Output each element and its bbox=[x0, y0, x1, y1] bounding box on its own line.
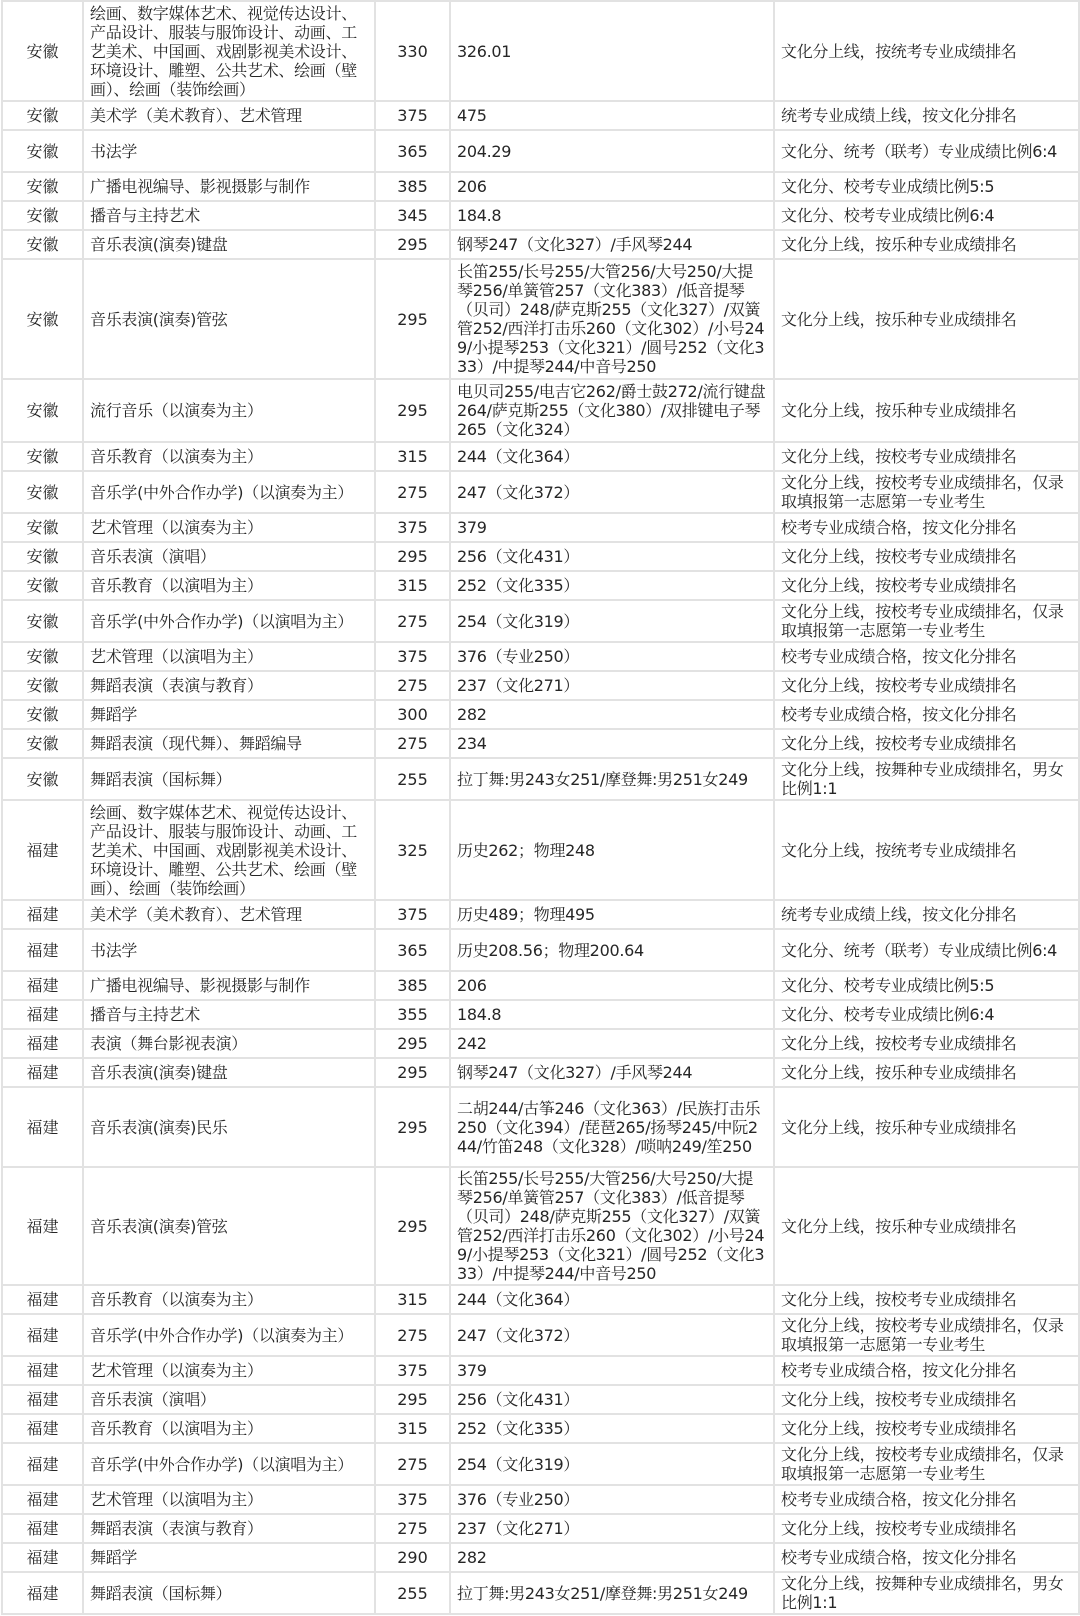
province-cell: 安徽 bbox=[2, 442, 83, 471]
province-cell: 福建 bbox=[2, 929, 83, 971]
province-cell: 福建 bbox=[2, 1572, 83, 1614]
min-score-cell: 长笛255/长号255/大管256/大号250/大提琴256/单簧管257（文化… bbox=[450, 259, 774, 379]
province-cell: 安徽 bbox=[2, 600, 83, 642]
major-cell: 艺术管理（以演唱为主） bbox=[83, 1485, 375, 1514]
admission-rule-cell: 文化分、校考专业成绩比例5:5 bbox=[774, 971, 1079, 1000]
min-score-cell: 237（文化271） bbox=[450, 671, 774, 700]
table-row: 福建音乐学(中外合作办学)（以演唱为主）275254（文化319）文化分上线，按… bbox=[2, 1443, 1079, 1485]
admission-rule-cell: 文化分、统考（联考）专业成绩比例6:4 bbox=[774, 130, 1079, 172]
admission-rule-cell: 文化分上线，按校考专业成绩排名 bbox=[774, 442, 1079, 471]
min-score-cell: 二胡244/古筝246（文化363）/民族打击乐250（文化394）/琵琶265… bbox=[450, 1087, 774, 1167]
major-cell: 音乐表演(演奏)管弦 bbox=[83, 259, 375, 379]
admission-rule-cell: 校考专业成绩合格，按文化分排名 bbox=[774, 642, 1079, 671]
control-line-cell: 275 bbox=[375, 671, 450, 700]
admission-rule-cell: 文化分上线，按校考专业成绩排名 bbox=[774, 1029, 1079, 1058]
province-cell: 安徽 bbox=[2, 471, 83, 513]
admission-rule-cell: 文化分上线，按舞种专业成绩排名，男女比例1:1 bbox=[774, 1572, 1079, 1614]
table-row: 安徽书法学365204.29文化分、统考（联考）专业成绩比例6:4 bbox=[2, 130, 1079, 172]
min-score-cell: 252（文化335） bbox=[450, 571, 774, 600]
major-cell: 音乐表演（演唱） bbox=[83, 1385, 375, 1414]
min-score-cell: 历史489；物理495 bbox=[450, 900, 774, 929]
province-cell: 安徽 bbox=[2, 700, 83, 729]
min-score-cell: 电贝司255/电吉它262/爵士鼓272/流行键盘264/萨克斯255（文化38… bbox=[450, 379, 774, 442]
admission-rule-cell: 文化分上线，按校考专业成绩排名，仅录取填报第一志愿第一专业考生 bbox=[774, 1443, 1079, 1485]
min-score-cell: 234 bbox=[450, 729, 774, 758]
major-cell: 音乐表演(演奏)民乐 bbox=[83, 1087, 375, 1167]
major-cell: 音乐学(中外合作办学)（以演唱为主） bbox=[83, 600, 375, 642]
admission-rule-cell: 统考专业成绩上线，按文化分排名 bbox=[774, 101, 1079, 130]
min-score-cell: 475 bbox=[450, 101, 774, 130]
min-score-cell: 256（文化431） bbox=[450, 542, 774, 571]
min-score-cell: 184.8 bbox=[450, 1000, 774, 1029]
province-cell: 福建 bbox=[2, 1485, 83, 1514]
min-score-cell: 247（文化372） bbox=[450, 471, 774, 513]
admission-rule-cell: 文化分、校考专业成绩比例6:4 bbox=[774, 201, 1079, 230]
table-row: 福建舞蹈学290282校考专业成绩合格，按文化分排名 bbox=[2, 1543, 1079, 1572]
table-row: 安徽音乐学(中外合作办学)（以演奏为主）275247（文化372）文化分上线，按… bbox=[2, 471, 1079, 513]
admission-rule-cell: 文化分上线，按校考专业成绩排名 bbox=[774, 1385, 1079, 1414]
table-row: 福建音乐教育（以演奏为主）315244（文化364）文化分上线，按校考专业成绩排… bbox=[2, 1285, 1079, 1314]
control-line-cell: 315 bbox=[375, 571, 450, 600]
major-cell: 音乐学(中外合作办学)（以演奏为主） bbox=[83, 471, 375, 513]
min-score-cell: 242 bbox=[450, 1029, 774, 1058]
province-cell: 福建 bbox=[2, 1443, 83, 1485]
table-row: 福建书法学365历史208.56；物理200.64文化分、统考（联考）专业成绩比… bbox=[2, 929, 1079, 971]
min-score-cell: 376（专业250） bbox=[450, 1485, 774, 1514]
major-cell: 音乐教育（以演唱为主） bbox=[83, 571, 375, 600]
control-line-cell: 275 bbox=[375, 600, 450, 642]
major-cell: 音乐表演(演奏)键盘 bbox=[83, 230, 375, 259]
province-cell: 安徽 bbox=[2, 513, 83, 542]
major-cell: 绘画、数字媒体艺术、视觉传达设计、产品设计、服装与服饰设计、动画、工艺美术、中国… bbox=[83, 800, 375, 900]
admission-rule-cell: 文化分、校考专业成绩比例6:4 bbox=[774, 1000, 1079, 1029]
control-line-cell: 365 bbox=[375, 929, 450, 971]
min-score-cell: 244（文化364） bbox=[450, 442, 774, 471]
province-cell: 福建 bbox=[2, 1385, 83, 1414]
province-cell: 福建 bbox=[2, 1058, 83, 1087]
min-score-cell: 252（文化335） bbox=[450, 1414, 774, 1443]
province-cell: 安徽 bbox=[2, 201, 83, 230]
min-score-cell: 282 bbox=[450, 1543, 774, 1572]
admission-rule-cell: 文化分上线，按校考专业成绩排名 bbox=[774, 1414, 1079, 1443]
table-row: 安徽艺术管理（以演奏为主）375379校考专业成绩合格，按文化分排名 bbox=[2, 513, 1079, 542]
major-cell: 绘画、数字媒体艺术、视觉传达设计、产品设计、服装与服饰设计、动画、工艺美术、中国… bbox=[83, 1, 375, 101]
table-body: 安徽绘画、数字媒体艺术、视觉传达设计、产品设计、服装与服饰设计、动画、工艺美术、… bbox=[2, 1, 1079, 1614]
control-line-cell: 355 bbox=[375, 1000, 450, 1029]
province-cell: 福建 bbox=[2, 1087, 83, 1167]
major-cell: 播音与主持艺术 bbox=[83, 1000, 375, 1029]
major-cell: 舞蹈表演（表演与教育） bbox=[83, 671, 375, 700]
admission-rule-cell: 文化分上线，按乐种专业成绩排名 bbox=[774, 1167, 1079, 1285]
control-line-cell: 295 bbox=[375, 1058, 450, 1087]
min-score-cell: 钢琴247（文化327）/手风琴244 bbox=[450, 230, 774, 259]
province-cell: 福建 bbox=[2, 1029, 83, 1058]
admission-rule-cell: 统考专业成绩上线，按文化分排名 bbox=[774, 900, 1079, 929]
table-row: 安徽音乐学(中外合作办学)（以演唱为主）275254（文化319）文化分上线，按… bbox=[2, 600, 1079, 642]
control-line-cell: 290 bbox=[375, 1543, 450, 1572]
control-line-cell: 325 bbox=[375, 800, 450, 900]
major-cell: 舞蹈表演（表演与教育） bbox=[83, 1514, 375, 1543]
min-score-cell: 244（文化364） bbox=[450, 1285, 774, 1314]
control-line-cell: 315 bbox=[375, 1285, 450, 1314]
min-score-cell: 184.8 bbox=[450, 201, 774, 230]
major-cell: 舞蹈表演（现代舞）、舞蹈编导 bbox=[83, 729, 375, 758]
admission-rule-cell: 文化分上线，按统考专业成绩排名 bbox=[774, 800, 1079, 900]
admission-rule-cell: 校考专业成绩合格，按文化分排名 bbox=[774, 1543, 1079, 1572]
control-line-cell: 275 bbox=[375, 729, 450, 758]
table-row: 福建音乐表演(演奏)民乐295二胡244/古筝246（文化363）/民族打击乐2… bbox=[2, 1087, 1079, 1167]
admission-rule-cell: 文化分上线，按校考专业成绩排名 bbox=[774, 729, 1079, 758]
table-row: 福建音乐教育（以演唱为主）315252（文化335）文化分上线，按校考专业成绩排… bbox=[2, 1414, 1079, 1443]
province-cell: 安徽 bbox=[2, 571, 83, 600]
admission-rule-cell: 文化分上线，按校考专业成绩排名，仅录取填报第一志愿第一专业考生 bbox=[774, 471, 1079, 513]
major-cell: 音乐教育（以演奏为主） bbox=[83, 1285, 375, 1314]
min-score-cell: 247（文化372） bbox=[450, 1314, 774, 1356]
province-cell: 福建 bbox=[2, 1000, 83, 1029]
control-line-cell: 295 bbox=[375, 259, 450, 379]
table-row: 安徽播音与主持艺术345184.8文化分、校考专业成绩比例6:4 bbox=[2, 201, 1079, 230]
admission-rule-cell: 文化分上线，按校考专业成绩排名 bbox=[774, 1514, 1079, 1543]
control-line-cell: 375 bbox=[375, 101, 450, 130]
province-cell: 安徽 bbox=[2, 172, 83, 201]
min-score-cell: 204.29 bbox=[450, 130, 774, 172]
control-line-cell: 275 bbox=[375, 1314, 450, 1356]
major-cell: 舞蹈表演（国标舞） bbox=[83, 758, 375, 800]
admission-rule-cell: 校考专业成绩合格，按文化分排名 bbox=[774, 700, 1079, 729]
province-cell: 安徽 bbox=[2, 758, 83, 800]
min-score-cell: 237（文化271） bbox=[450, 1514, 774, 1543]
admission-rule-cell: 校考专业成绩合格，按文化分排名 bbox=[774, 1485, 1079, 1514]
province-cell: 福建 bbox=[2, 900, 83, 929]
control-line-cell: 300 bbox=[375, 700, 450, 729]
table-row: 福建音乐表演(演奏)管弦295长笛255/长号255/大管256/大号250/大… bbox=[2, 1167, 1079, 1285]
table-row: 福建播音与主持艺术355184.8文化分、校考专业成绩比例6:4 bbox=[2, 1000, 1079, 1029]
major-cell: 播音与主持艺术 bbox=[83, 201, 375, 230]
table-row: 福建音乐表演(演奏)键盘295钢琴247（文化327）/手风琴244文化分上线，… bbox=[2, 1058, 1079, 1087]
major-cell: 美术学（美术教育）、艺术管理 bbox=[83, 101, 375, 130]
admission-rule-cell: 文化分、校考专业成绩比例5:5 bbox=[774, 172, 1079, 201]
control-line-cell: 375 bbox=[375, 642, 450, 671]
min-score-cell: 326.01 bbox=[450, 1, 774, 101]
control-line-cell: 275 bbox=[375, 1443, 450, 1485]
province-cell: 安徽 bbox=[2, 1, 83, 101]
min-score-cell: 254（文化319） bbox=[450, 600, 774, 642]
major-cell: 广播电视编导、影视摄影与制作 bbox=[83, 172, 375, 201]
province-cell: 安徽 bbox=[2, 642, 83, 671]
control-line-cell: 315 bbox=[375, 1414, 450, 1443]
table-row: 福建美术学（美术教育）、艺术管理375历史489；物理495统考专业成绩上线，按… bbox=[2, 900, 1079, 929]
table-row: 福建艺术管理（以演奏为主）375379校考专业成绩合格，按文化分排名 bbox=[2, 1356, 1079, 1385]
admission-rule-cell: 文化分上线，按乐种专业成绩排名 bbox=[774, 379, 1079, 442]
major-cell: 音乐表演(演奏)键盘 bbox=[83, 1058, 375, 1087]
min-score-cell: 拉丁舞:男243女251/摩登舞:男251女249 bbox=[450, 1572, 774, 1614]
admission-rule-cell: 文化分上线，按校考专业成绩排名 bbox=[774, 542, 1079, 571]
table-row: 安徽艺术管理（以演唱为主）375376（专业250）校考专业成绩合格，按文化分排… bbox=[2, 642, 1079, 671]
min-score-cell: 拉丁舞:男243女251/摩登舞:男251女249 bbox=[450, 758, 774, 800]
control-line-cell: 375 bbox=[375, 513, 450, 542]
min-score-cell: 282 bbox=[450, 700, 774, 729]
table-row: 福建绘画、数字媒体艺术、视觉传达设计、产品设计、服装与服饰设计、动画、工艺美术、… bbox=[2, 800, 1079, 900]
major-cell: 书法学 bbox=[83, 929, 375, 971]
major-cell: 音乐表演（演唱） bbox=[83, 542, 375, 571]
admission-rule-cell: 校考专业成绩合格，按文化分排名 bbox=[774, 513, 1079, 542]
admission-score-table: 安徽绘画、数字媒体艺术、视觉传达设计、产品设计、服装与服饰设计、动画、工艺美术、… bbox=[1, 0, 1080, 1615]
table-row: 福建音乐表演（演唱）295256（文化431）文化分上线，按校考专业成绩排名 bbox=[2, 1385, 1079, 1414]
admission-rule-cell: 文化分上线，按乐种专业成绩排名 bbox=[774, 1087, 1079, 1167]
major-cell: 美术学（美术教育）、艺术管理 bbox=[83, 900, 375, 929]
province-cell: 福建 bbox=[2, 1314, 83, 1356]
control-line-cell: 295 bbox=[375, 542, 450, 571]
major-cell: 表演（舞台影视表演） bbox=[83, 1029, 375, 1058]
min-score-cell: 256（文化431） bbox=[450, 1385, 774, 1414]
province-cell: 福建 bbox=[2, 1543, 83, 1572]
major-cell: 广播电视编导、影视摄影与制作 bbox=[83, 971, 375, 1000]
major-cell: 音乐学(中外合作办学)（以演唱为主） bbox=[83, 1443, 375, 1485]
min-score-cell: 长笛255/长号255/大管256/大号250/大提琴256/单簧管257（文化… bbox=[450, 1167, 774, 1285]
province-cell: 安徽 bbox=[2, 671, 83, 700]
min-score-cell: 379 bbox=[450, 1356, 774, 1385]
province-cell: 安徽 bbox=[2, 259, 83, 379]
control-line-cell: 295 bbox=[375, 1385, 450, 1414]
control-line-cell: 365 bbox=[375, 130, 450, 172]
major-cell: 舞蹈学 bbox=[83, 1543, 375, 1572]
major-cell: 书法学 bbox=[83, 130, 375, 172]
control-line-cell: 295 bbox=[375, 1087, 450, 1167]
major-cell: 舞蹈学 bbox=[83, 700, 375, 729]
major-cell: 艺术管理（以演唱为主） bbox=[83, 642, 375, 671]
admission-rule-cell: 校考专业成绩合格，按文化分排名 bbox=[774, 1356, 1079, 1385]
min-score-cell: 历史208.56；物理200.64 bbox=[450, 929, 774, 971]
table-row: 安徽音乐教育（以演唱为主）315252（文化335）文化分上线，按校考专业成绩排… bbox=[2, 571, 1079, 600]
control-line-cell: 345 bbox=[375, 201, 450, 230]
province-cell: 福建 bbox=[2, 800, 83, 900]
admission-rule-cell: 文化分上线，按校考专业成绩排名 bbox=[774, 671, 1079, 700]
control-line-cell: 375 bbox=[375, 900, 450, 929]
admission-rule-cell: 文化分、统考（联考）专业成绩比例6:4 bbox=[774, 929, 1079, 971]
admission-rule-cell: 文化分上线，按乐种专业成绩排名 bbox=[774, 230, 1079, 259]
table-row: 福建舞蹈表演（表演与教育）275237（文化271）文化分上线，按校考专业成绩排… bbox=[2, 1514, 1079, 1543]
province-cell: 福建 bbox=[2, 1356, 83, 1385]
major-cell: 音乐表演(演奏)管弦 bbox=[83, 1167, 375, 1285]
control-line-cell: 255 bbox=[375, 758, 450, 800]
table-row: 福建广播电视编导、影视摄影与制作385206文化分、校考专业成绩比例5:5 bbox=[2, 971, 1079, 1000]
control-line-cell: 295 bbox=[375, 1029, 450, 1058]
min-score-cell: 206 bbox=[450, 172, 774, 201]
province-cell: 安徽 bbox=[2, 130, 83, 172]
table-row: 安徽广播电视编导、影视摄影与制作385206文化分、校考专业成绩比例5:5 bbox=[2, 172, 1079, 201]
table-row: 安徽音乐教育（以演奏为主）315244（文化364）文化分上线，按校考专业成绩排… bbox=[2, 442, 1079, 471]
control-line-cell: 255 bbox=[375, 1572, 450, 1614]
min-score-cell: 钢琴247（文化327）/手风琴244 bbox=[450, 1058, 774, 1087]
province-cell: 福建 bbox=[2, 1167, 83, 1285]
table-row: 安徽舞蹈表演（现代舞）、舞蹈编导275234文化分上线，按校考专业成绩排名 bbox=[2, 729, 1079, 758]
admission-rule-cell: 文化分上线，按乐种专业成绩排名 bbox=[774, 1058, 1079, 1087]
control-line-cell: 375 bbox=[375, 1485, 450, 1514]
province-cell: 福建 bbox=[2, 971, 83, 1000]
control-line-cell: 385 bbox=[375, 172, 450, 201]
admission-rule-cell: 文化分上线，按校考专业成绩排名，仅录取填报第一志愿第一专业考生 bbox=[774, 1314, 1079, 1356]
admission-rule-cell: 文化分上线，按乐种专业成绩排名 bbox=[774, 259, 1079, 379]
province-cell: 安徽 bbox=[2, 542, 83, 571]
control-line-cell: 315 bbox=[375, 442, 450, 471]
min-score-cell: 376（专业250） bbox=[450, 642, 774, 671]
table-row: 安徽音乐表演(演奏)管弦295长笛255/长号255/大管256/大号250/大… bbox=[2, 259, 1079, 379]
control-line-cell: 330 bbox=[375, 1, 450, 101]
control-line-cell: 295 bbox=[375, 379, 450, 442]
control-line-cell: 375 bbox=[375, 1356, 450, 1385]
table-row: 安徽舞蹈表演（国标舞）255拉丁舞:男243女251/摩登舞:男251女249文… bbox=[2, 758, 1079, 800]
table-row: 安徽舞蹈表演（表演与教育）275237（文化271）文化分上线，按校考专业成绩排… bbox=[2, 671, 1079, 700]
table-row: 安徽绘画、数字媒体艺术、视觉传达设计、产品设计、服装与服饰设计、动画、工艺美术、… bbox=[2, 1, 1079, 101]
major-cell: 流行音乐（以演奏为主） bbox=[83, 379, 375, 442]
admission-rule-cell: 文化分上线，按校考专业成绩排名 bbox=[774, 571, 1079, 600]
major-cell: 音乐教育（以演奏为主） bbox=[83, 442, 375, 471]
admission-rule-cell: 文化分上线，按校考专业成绩排名 bbox=[774, 1285, 1079, 1314]
admission-rule-cell: 文化分上线，按校考专业成绩排名，仅录取填报第一志愿第一专业考生 bbox=[774, 600, 1079, 642]
control-line-cell: 275 bbox=[375, 1514, 450, 1543]
major-cell: 舞蹈表演（国标舞） bbox=[83, 1572, 375, 1614]
control-line-cell: 295 bbox=[375, 230, 450, 259]
min-score-cell: 254（文化319） bbox=[450, 1443, 774, 1485]
min-score-cell: 379 bbox=[450, 513, 774, 542]
control-line-cell: 275 bbox=[375, 471, 450, 513]
table-row: 福建音乐学(中外合作办学)（以演奏为主）275247（文化372）文化分上线，按… bbox=[2, 1314, 1079, 1356]
admission-rule-cell: 文化分上线，按统考专业成绩排名 bbox=[774, 1, 1079, 101]
major-cell: 艺术管理（以演奏为主） bbox=[83, 1356, 375, 1385]
control-line-cell: 295 bbox=[375, 1167, 450, 1285]
admission-rule-cell: 文化分上线，按舞种专业成绩排名，男女比例1:1 bbox=[774, 758, 1079, 800]
table-row: 安徽舞蹈学300282校考专业成绩合格，按文化分排名 bbox=[2, 700, 1079, 729]
table-row: 安徽音乐表演（演唱）295256（文化431）文化分上线，按校考专业成绩排名 bbox=[2, 542, 1079, 571]
table-row: 福建舞蹈表演（国标舞）255拉丁舞:男243女251/摩登舞:男251女249文… bbox=[2, 1572, 1079, 1614]
province-cell: 安徽 bbox=[2, 379, 83, 442]
table-row: 安徽音乐表演(演奏)键盘295钢琴247（文化327）/手风琴244文化分上线，… bbox=[2, 230, 1079, 259]
province-cell: 安徽 bbox=[2, 230, 83, 259]
province-cell: 福建 bbox=[2, 1514, 83, 1543]
min-score-cell: 206 bbox=[450, 971, 774, 1000]
major-cell: 音乐教育（以演唱为主） bbox=[83, 1414, 375, 1443]
major-cell: 音乐学(中外合作办学)（以演奏为主） bbox=[83, 1314, 375, 1356]
province-cell: 安徽 bbox=[2, 729, 83, 758]
province-cell: 福建 bbox=[2, 1414, 83, 1443]
table-row: 安徽流行音乐（以演奏为主）295电贝司255/电吉它262/爵士鼓272/流行键… bbox=[2, 379, 1079, 442]
table-row: 安徽美术学（美术教育）、艺术管理375475统考专业成绩上线，按文化分排名 bbox=[2, 101, 1079, 130]
major-cell: 艺术管理（以演奏为主） bbox=[83, 513, 375, 542]
table-row: 福建表演（舞台影视表演）295242文化分上线，按校考专业成绩排名 bbox=[2, 1029, 1079, 1058]
province-cell: 福建 bbox=[2, 1285, 83, 1314]
table-row: 福建艺术管理（以演唱为主）375376（专业250）校考专业成绩合格，按文化分排… bbox=[2, 1485, 1079, 1514]
province-cell: 安徽 bbox=[2, 101, 83, 130]
min-score-cell: 历史262；物理248 bbox=[450, 800, 774, 900]
control-line-cell: 385 bbox=[375, 971, 450, 1000]
